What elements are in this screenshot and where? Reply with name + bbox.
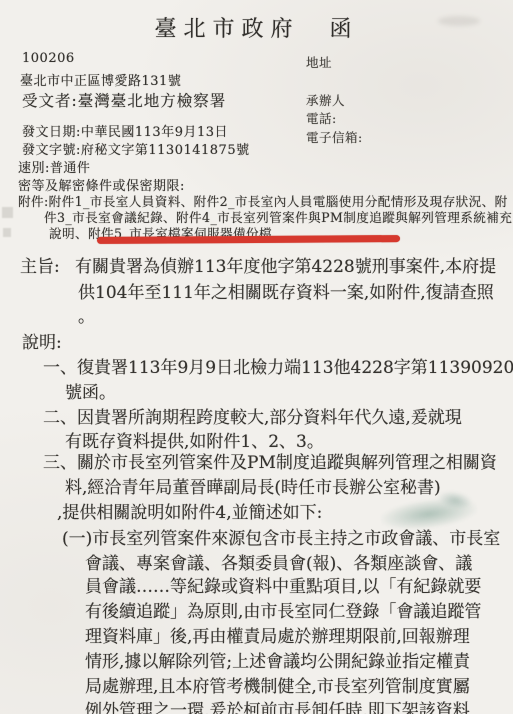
explanation-line: 一、復貴署113年9月9日北檢力端113他4228字第11390920060 — [43, 353, 513, 378]
scan-artifact — [2, 207, 13, 218]
explanation-line: 二、因貴署所詢期程跨度較大,部分資料年代久遠,爰就現 — [43, 403, 462, 428]
explanation-line: 會議、專案會議、各類委員會(報)、各類座談會、議 — [85, 549, 472, 574]
address-label: 地址 — [306, 53, 332, 71]
contact-label: 承辦人 — [306, 91, 345, 109]
explanation-line: (一)市長室列管案件來源包含市長主持之市政會議、市長室 — [62, 524, 500, 549]
attachment-line-3-prefix: 說明、 — [49, 226, 88, 241]
scan-artifact — [3, 228, 11, 237]
explanation-line: ,提供相關說明如附件4,並簡述如下: — [57, 498, 322, 523]
explanation-line: 情形,據以解除列管;上述會議均公開紀錄並指定權責 — [85, 647, 470, 672]
subject-line: 有關貴署為偵辦113年度他字第4228號刑事案件,本府提 — [75, 252, 496, 277]
explanation-line: 料,經洽青年局董晉曄副局長(時任市長辦公室秘書) — [65, 473, 441, 498]
issue-number: 發文字號:府秘文字第1130141875號 — [22, 139, 250, 158]
explanation-line: 理資料庫」後,再由權責局處於辦理期限前,回報辦理 — [85, 622, 470, 647]
explanation-line: 例外管理之一環,爰於柯前市長卸任時,即下架該資料 — [85, 696, 470, 714]
phone-label: 電話: — [306, 109, 337, 127]
speed-class: 速別:普通件 — [18, 157, 90, 176]
explanation-heading: 說明: — [22, 328, 62, 353]
red-marker-underline — [97, 235, 400, 243]
subject-line: 供104年至111年之相關既存資料一案,如附件,復請查照 — [78, 278, 494, 303]
explanation-line: 號函。 — [65, 378, 116, 403]
scan-artifact — [438, 16, 480, 26]
explanation-line: 員會議……等紀錄或資料中重點項目,以「有紀錄就要 — [85, 572, 481, 597]
explanation-line: 三、關於市長室列管案件及PM制度追蹤與解列管理之相關資 — [43, 448, 497, 473]
email-label: 電子信箱: — [306, 128, 363, 146]
scanned-letter-page: 臺北市政府 函 100206 臺北市中正區博愛路131號 受文者:臺灣臺北地方檢… — [0, 0, 513, 714]
sender-address: 臺北市中正區博愛路131號 — [20, 70, 181, 89]
doc-title: 臺北市政府 函 — [0, 12, 513, 43]
subject-label: 主旨: — [20, 252, 60, 277]
explanation-line: 局處辦理,且本府管考機制健全,市長室列管制度實屬 — [85, 672, 470, 697]
subject-line: 。 — [78, 302, 95, 327]
issue-date: 發文日期:中華民國113年9月13日 — [22, 121, 228, 140]
recipient-line: 受文者:臺灣臺北地方檢察署 — [22, 89, 226, 111]
doc-code: 100206 — [22, 51, 75, 66]
explanation-line: 有後續追蹤」為原則,由市長室同仁登錄「會議追蹤管 — [85, 597, 481, 622]
